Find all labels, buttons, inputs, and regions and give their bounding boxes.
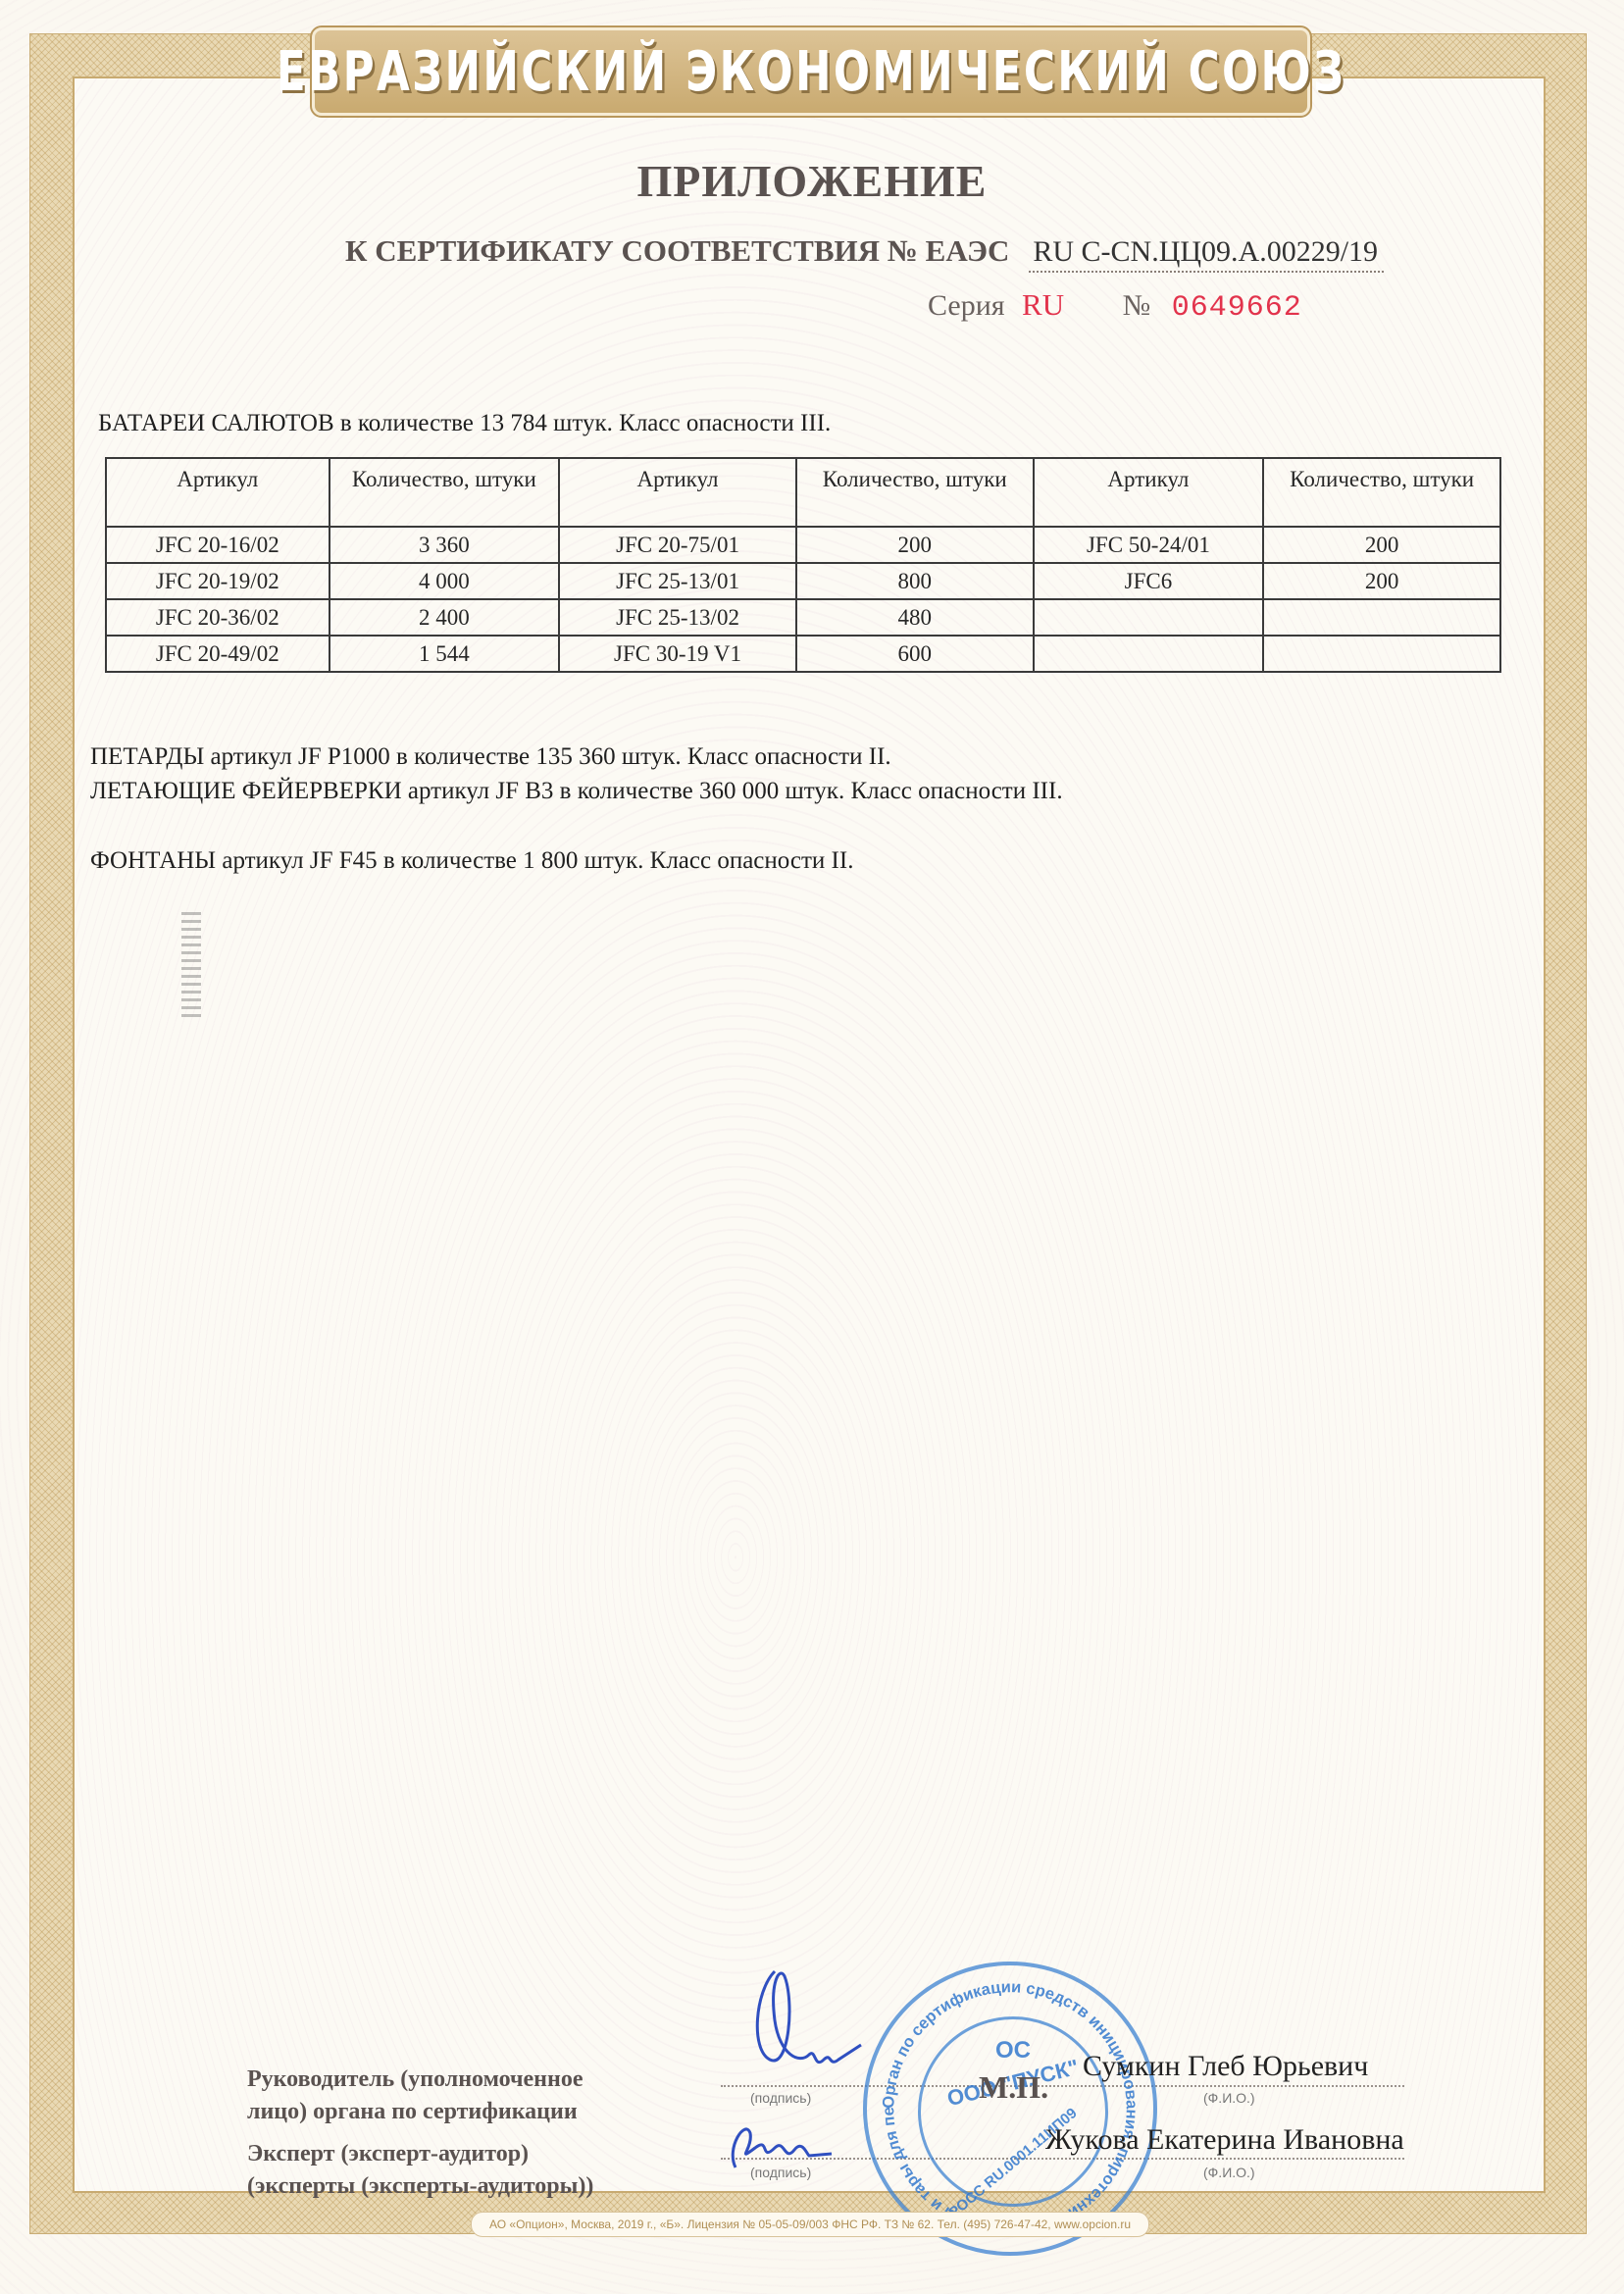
table-row: JFC 20-16/023 360JFC 20-75/01200JFC 50-2… <box>106 527 1500 563</box>
batteries-table: Артикул Количество, штуки Артикул Количе… <box>105 457 1501 673</box>
fountains-line: ФОНТАНЫ артикул JF F45 в количестве 1 80… <box>90 847 853 875</box>
series-label: Серия <box>928 289 1005 322</box>
article-cell: JFC 50-24/01 <box>1034 527 1264 563</box>
article-cell: JFC 25-13/02 <box>559 599 796 636</box>
certificate-number: RU C-CN.ЦЦ09.А.00229/19 <box>1029 235 1384 273</box>
head-label-line: Руководитель (уполномоченное <box>247 2064 584 2096</box>
flying-fireworks-line: ЛЕТАЮЩИЕ ФЕЙЕРВЕРКИ артикул JF B3 в коли… <box>90 778 1063 805</box>
certificate-label: К СЕРТИФИКАТУ СООТВЕТСТВИЯ № ЕАЭС <box>345 233 1009 269</box>
head-name: Сумкин Глеб Юрьевич <box>1083 2050 1368 2083</box>
quantity-cell: 4 000 <box>330 563 560 599</box>
column-header: Количество, штуки <box>330 458 560 527</box>
quantity-cell: 3 360 <box>330 527 560 563</box>
number-sign: № <box>1123 289 1151 322</box>
article-cell: JFC 30-19 V1 <box>559 636 796 672</box>
signature-caption: (подпись) <box>750 2090 811 2106</box>
quantity-cell: 200 <box>1263 563 1500 599</box>
head-signature-icon <box>745 1962 863 2089</box>
table-row: JFC 20-49/021 544JFC 30-19 V1600 <box>106 636 1500 672</box>
fio-caption: (Ф.И.О.) <box>1203 2090 1255 2106</box>
fio-caption: (Ф.И.О.) <box>1203 2165 1255 2180</box>
quantity-cell <box>1263 636 1500 672</box>
article-cell <box>1034 599 1264 636</box>
expert-label-line: (эксперты (эксперты-аудиторы)) <box>247 2170 593 2203</box>
article-cell: JFC 25-13/01 <box>559 563 796 599</box>
head-label-line: лицо) органа по сертификации <box>247 2096 584 2128</box>
article-cell: JFC 20-36/02 <box>106 599 330 636</box>
quantity-cell: 600 <box>796 636 1034 672</box>
column-header: Количество, штуки <box>796 458 1034 527</box>
petards-line: ПЕТАРДЫ артикул JF P1000 в количестве 13… <box>90 743 891 771</box>
stamp-inner-circle: ОС ООО "ПУСК" РОСС RU.0001.11ИП09 <box>918 2016 1108 2207</box>
batteries-intro: БАТАРЕИ САЛЮТОВ в количестве 13 784 штук… <box>98 410 831 437</box>
head-signatory-label: Руководитель (уполномоченное лицо) орган… <box>247 2064 584 2128</box>
banner-text: ЕВРАЗИЙСКИЙ ЭКОНОМИЧЕСКИЙ СОЮЗ <box>277 40 1346 104</box>
quantity-cell: 200 <box>1263 527 1500 563</box>
quantity-cell: 480 <box>796 599 1034 636</box>
table-row: JFC 20-19/024 000JFC 25-13/01800JFC6200 <box>106 563 1500 599</box>
series-line: Серия RU № 0649662 <box>928 287 1302 325</box>
column-header: Артикул <box>559 458 796 527</box>
printer-imprint: АО «Опцион», Москва, 2019 г., «Б». Лицен… <box>471 2212 1149 2237</box>
quantity-cell: 200 <box>796 527 1034 563</box>
article-cell: JFC 20-19/02 <box>106 563 330 599</box>
column-header: Количество, штуки <box>1263 458 1500 527</box>
expert-label-line: Эксперт (эксперт-аудитор) <box>247 2138 593 2170</box>
quantity-cell: 800 <box>796 563 1034 599</box>
expert-signature-icon <box>716 2109 834 2177</box>
seal-placeholder-label: М.П. <box>979 2069 1048 2106</box>
certificate-reference: К СЕРТИФИКАТУ СООТВЕТСТВИЯ № ЕАЭС RU C-C… <box>345 233 1384 273</box>
serial-number: 0649662 <box>1172 291 1302 325</box>
table-row: JFC 20-36/022 400JFC 25-13/02480 <box>106 599 1500 636</box>
article-cell: JFC6 <box>1034 563 1264 599</box>
column-header: Артикул <box>1034 458 1264 527</box>
quantity-cell: 1 544 <box>330 636 560 672</box>
article-cell <box>1034 636 1264 672</box>
article-cell: JFC 20-75/01 <box>559 527 796 563</box>
series-value: RU <box>1022 287 1064 322</box>
page-title: ПРИЛОЖЕНИЕ <box>0 155 1624 207</box>
quantity-cell: 2 400 <box>330 599 560 636</box>
article-cell: JFC 20-16/02 <box>106 527 330 563</box>
scan-artifact <box>181 912 201 1020</box>
eaeu-banner: ЕВРАЗИЙСКИЙ ЭКОНОМИЧЕСКИЙ СОЮЗ <box>312 27 1310 116</box>
expert-signatory-label: Эксперт (эксперт-аудитор) (эксперты (экс… <box>247 2138 593 2203</box>
article-cell: JFC 20-49/02 <box>106 636 330 672</box>
document-body-area <box>73 76 1546 2193</box>
column-header: Артикул <box>106 458 330 527</box>
printer-text: АО «Опцион», Москва, 2019 г., «Б». Лицен… <box>489 2218 1131 2231</box>
quantity-cell <box>1263 599 1500 636</box>
expert-name: Жукова Екатерина Ивановна <box>1045 2123 1404 2157</box>
table-header-row: Артикул Количество, штуки Артикул Количе… <box>106 458 1500 527</box>
